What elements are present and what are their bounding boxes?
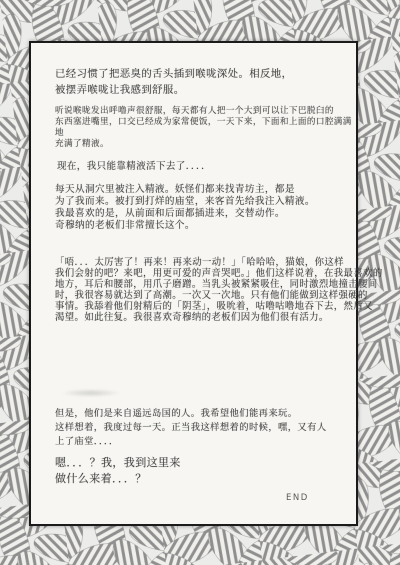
paragraph-rumor: 听说喉咙发出呼噜声很舒服，每天都有人把一个大到可以让下巴脱臼的 东西塞进嘴里，口… (55, 106, 356, 150)
end-label: END (286, 493, 309, 503)
paragraph-ending: 嗯．．．？我，我到这里来 做什么来着．．．？ (55, 455, 181, 487)
scan-smudge (61, 389, 121, 397)
paragraph-dialogue: 「唔．．．太厉害了！再来！再来动一动！」「哈哈哈，猫娘，你这样 我们会射的吧？来… (55, 257, 400, 323)
scanned-page-screenshot: 已经习惯了把恶臭的舌头插到喉咙深处。相反地， 被摆弄喉咙让我感到舒服。 听说喉咙… (0, 0, 400, 565)
paragraph-however: 但是，他们是来自遥远岛国的人。我希望他们能再来玩。 这样想着，我度过每一天。正当… (55, 407, 327, 449)
paragraph-daily: 每天从洞穴里被注入精液。妖怪们都来找青坊主，都是 为了我而来。被打到打烊的庙堂，… (55, 184, 315, 232)
paper-page: 已经习惯了把恶臭的舌头插到喉咙深处。相反地， 被摆弄喉咙让我感到舒服。 听说喉咙… (29, 41, 358, 526)
paragraph-now: 现在，我只能靠精液活下去了．．．． (57, 161, 211, 173)
paragraph-intro: 已经习惯了把恶臭的舌头插到喉咙深处。相反地， 被摆弄喉咙让我感到舒服。 (55, 66, 292, 98)
